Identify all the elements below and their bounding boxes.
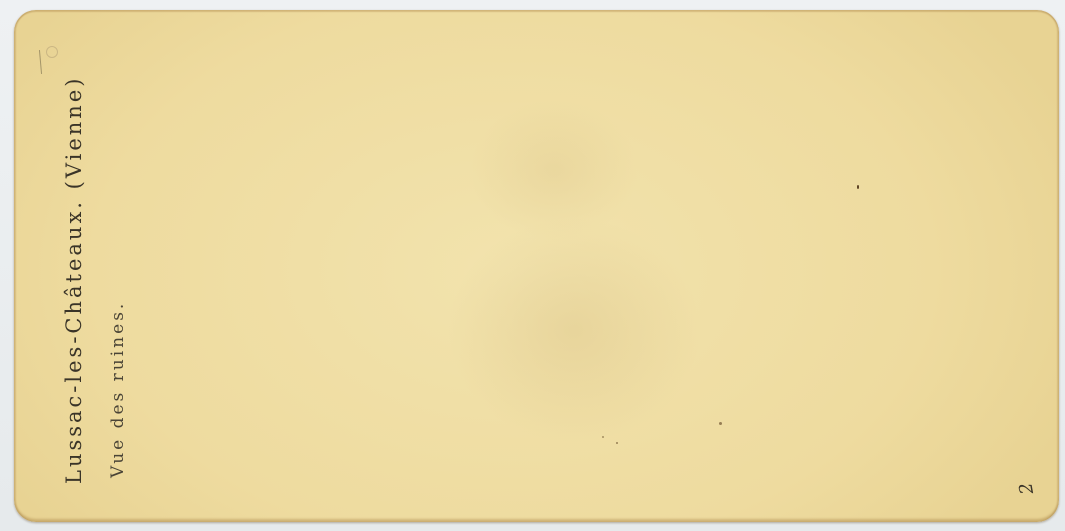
faint-circle-mark (46, 46, 58, 58)
ink-speck (719, 422, 722, 425)
ink-speck (602, 436, 604, 438)
pencil-mark (39, 50, 42, 74)
handwritten-title: Lussac-les-Châteaux. (Vienne) (62, 76, 86, 484)
ink-speck (857, 185, 859, 189)
handwritten-subtitle: Vue des ruines. (108, 301, 128, 478)
stereoview-card-back (14, 10, 1059, 522)
scan-background: Lussac-les-Châteaux. (Vienne) Vue des ru… (0, 0, 1065, 531)
ink-speck (616, 442, 618, 444)
